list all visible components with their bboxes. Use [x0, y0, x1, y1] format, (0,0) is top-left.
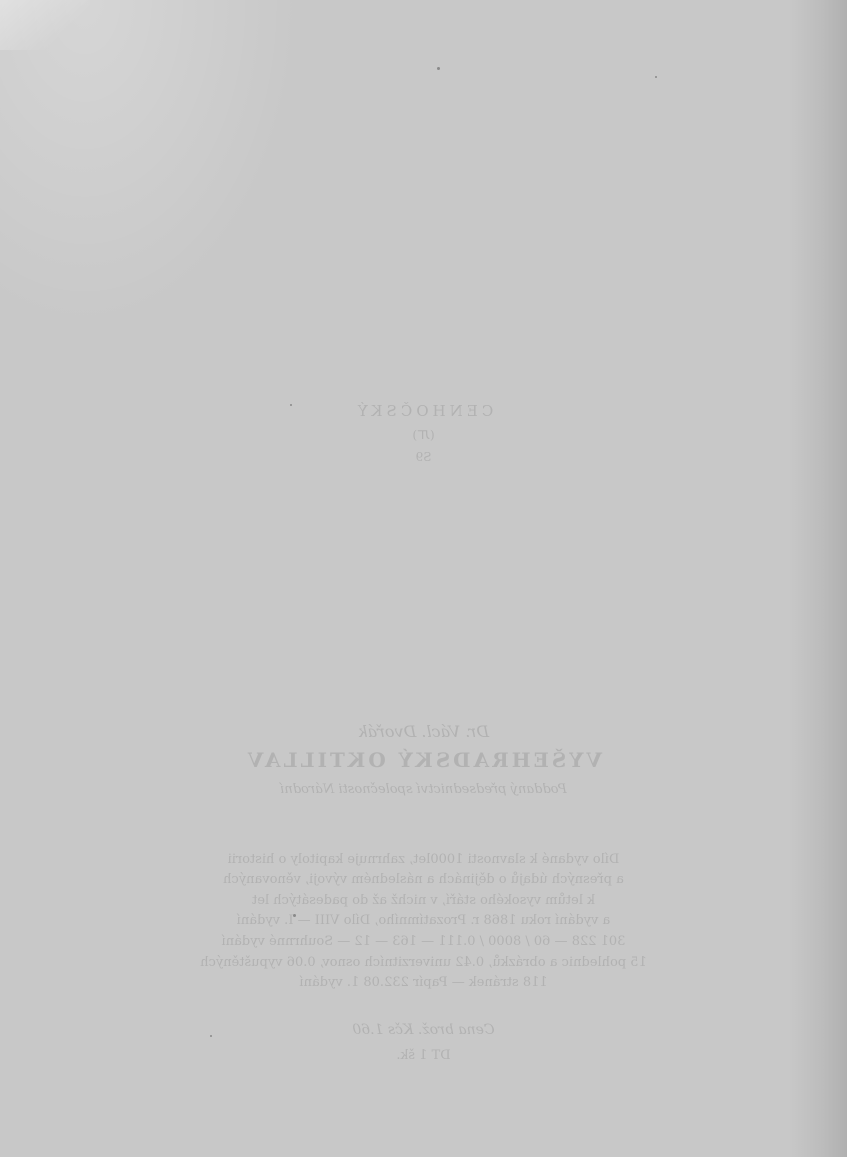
ghost-imprint-line: a přesných údajů o dějinách a následném … [0, 872, 847, 887]
ghost-subtitle: Poddaný předsednictví společnosti Národn… [0, 782, 847, 797]
ghost-price: Cena brož. Kčs 1.60 [0, 1022, 847, 1038]
ghost-imprint-line: a vydání roku 1868 r. Prozatímního, Dílo… [0, 913, 847, 928]
paper-speck [210, 1035, 212, 1037]
ghost-title: VYŠEHRADSKÝ OKTILLAV [0, 748, 847, 772]
ghost-imprint-line: Dílo vydané k slavnosti 1000let, zahrnuj… [0, 852, 847, 867]
paper-speck [655, 76, 657, 78]
ghost-emblem: (Ꙥ) [0, 428, 847, 442]
ghost-author: Dr. Václ. Dvořák [0, 722, 847, 741]
ghost-imprint-line: 301 228 — 60 / 8000 / 0.111 — 163 — 12 —… [0, 934, 847, 949]
ghost-code: DT 1 šk. [0, 1048, 847, 1063]
page-corner-fold [0, 0, 90, 50]
paper-speck [437, 67, 440, 70]
ghost-number: S9 [0, 450, 847, 464]
ghost-imprint-line: 15 pohlednic a obrázků, 0.42 univerzitní… [0, 955, 847, 970]
paper-speck [293, 914, 296, 917]
ghost-heading: CENHOČSKÝ [0, 402, 847, 420]
scanned-page: CENHOČSKÝ (Ꙥ) S9 Dr. Václ. Dvořák VYŠEHR… [0, 0, 847, 1157]
ghost-imprint-line: k letům vysokého stáří, v nichž až do pa… [0, 893, 847, 908]
paper-speck [290, 404, 292, 406]
ghost-imprint-line: 118 stránek — Papír 232.08 1. vydání [0, 975, 847, 990]
